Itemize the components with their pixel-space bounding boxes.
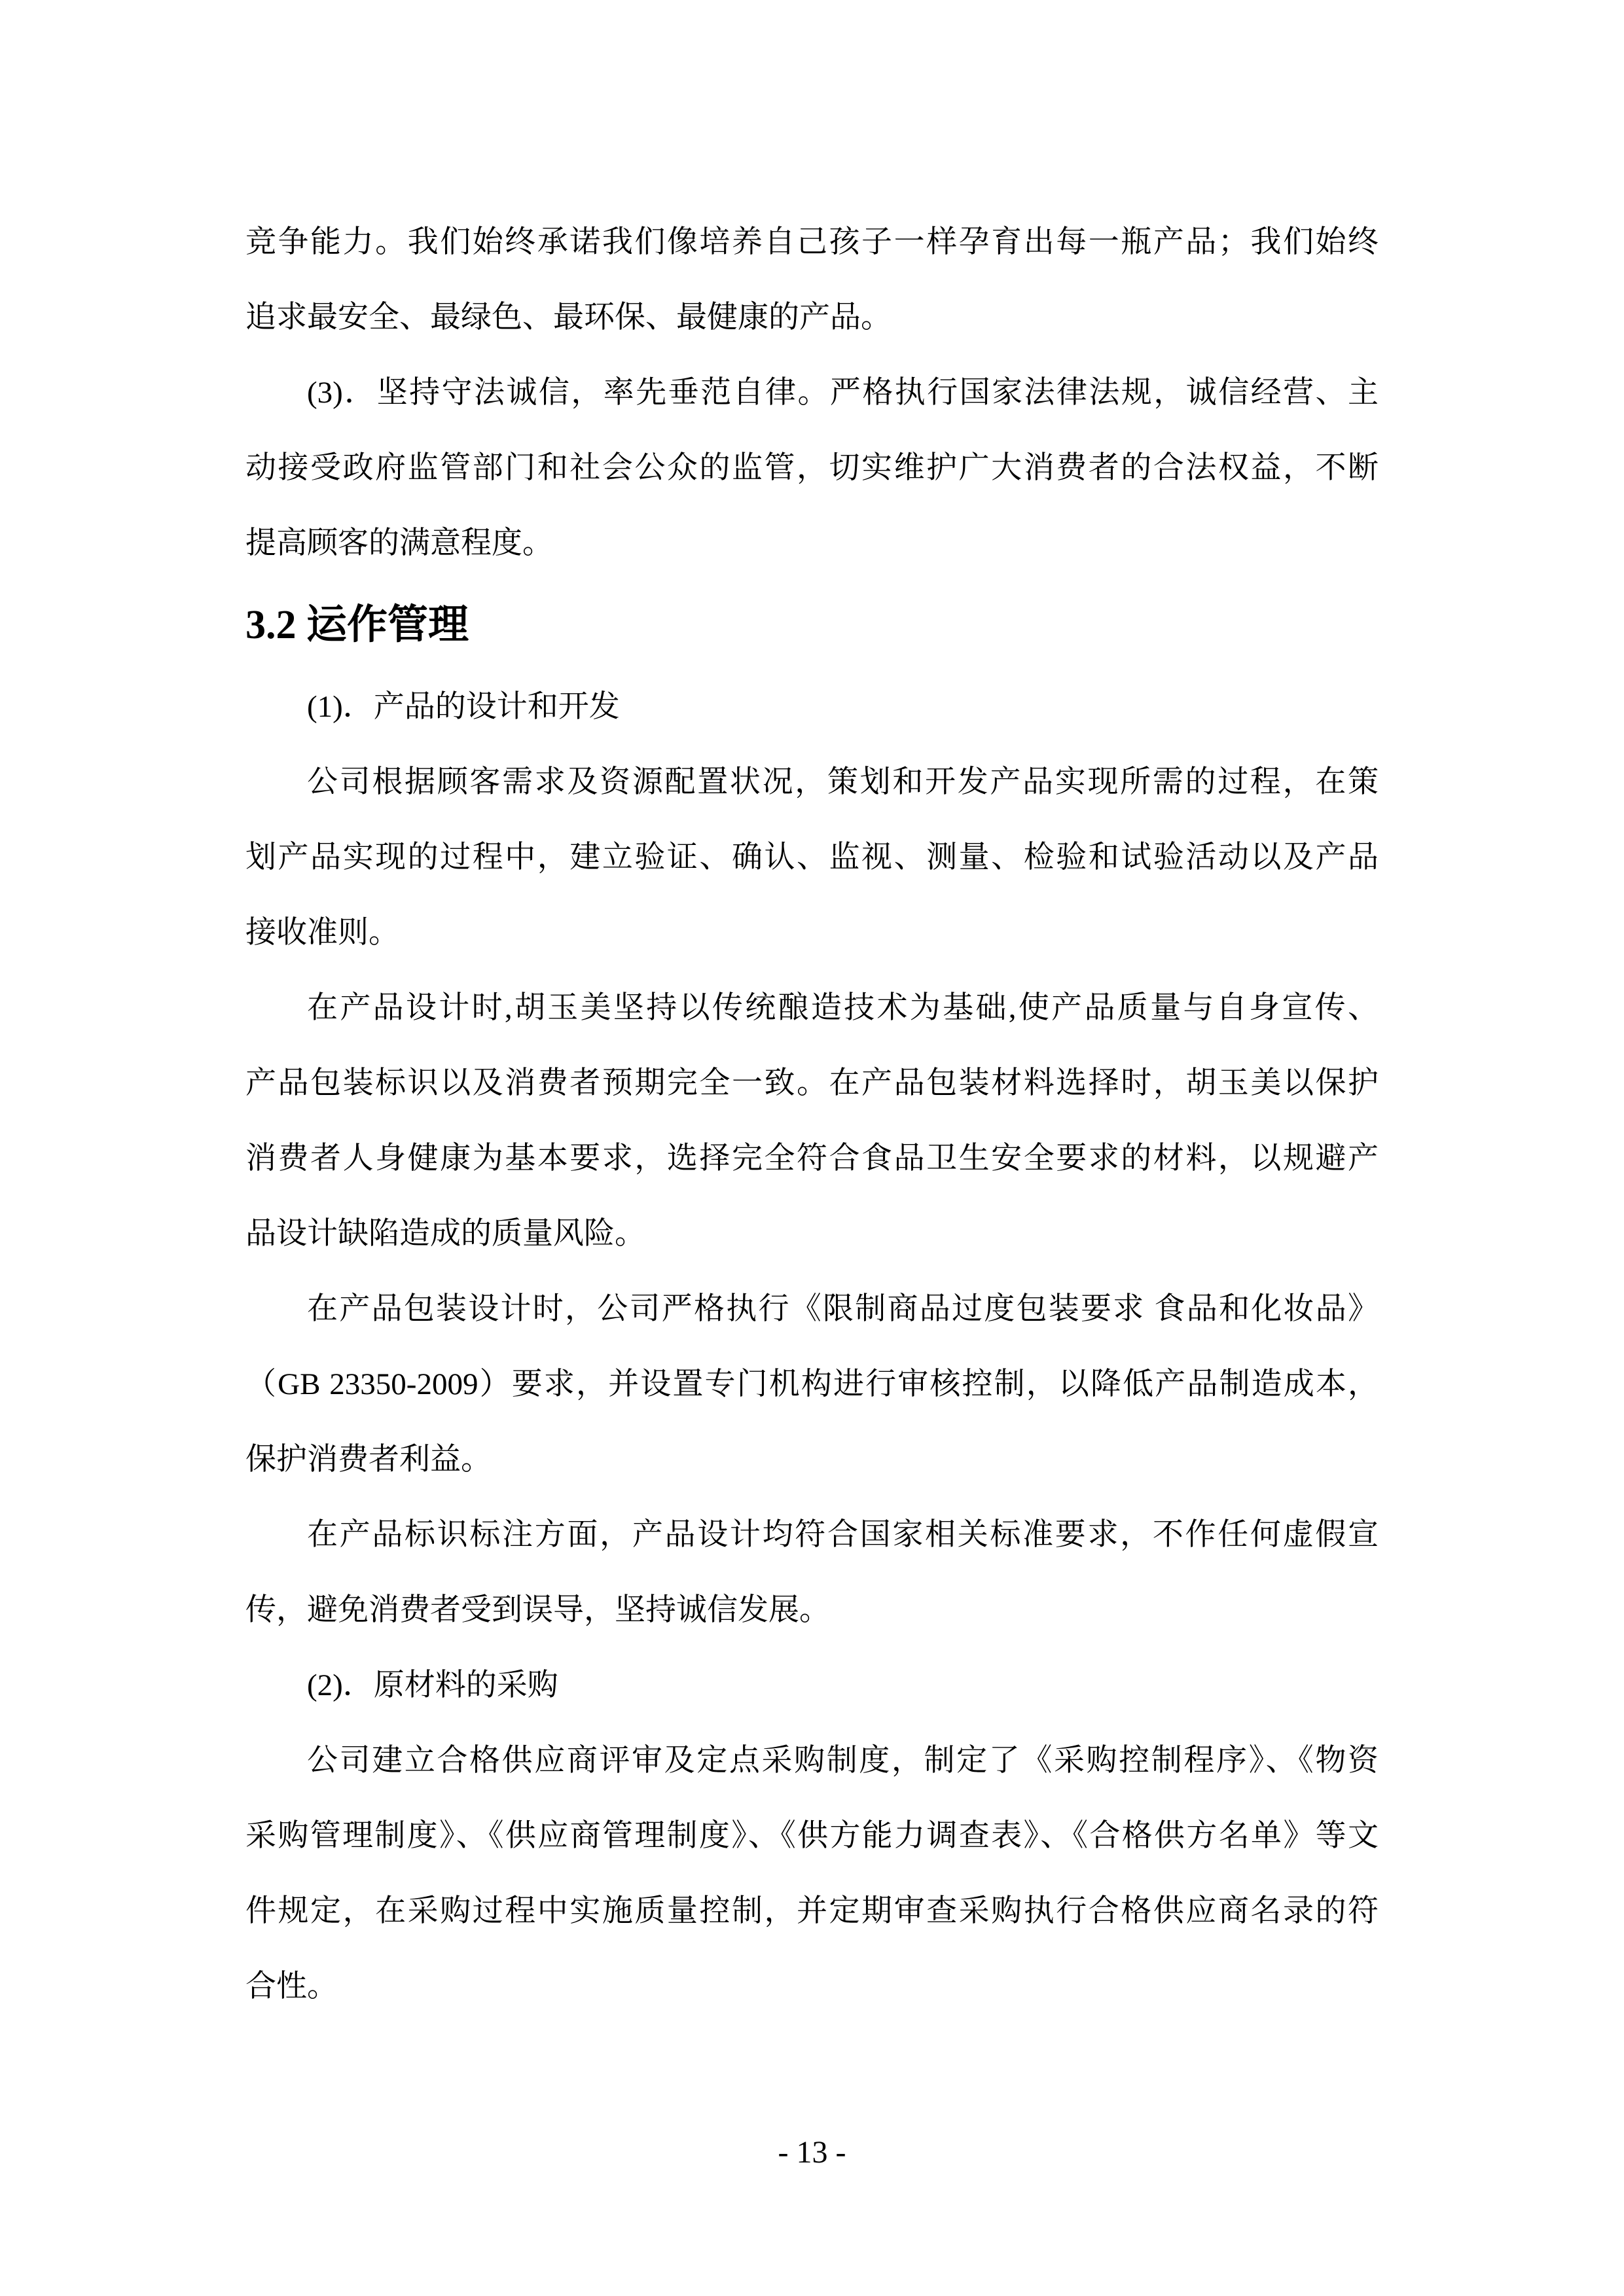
body-line: 接收准则。 bbox=[245, 895, 1379, 971]
body-line: 保护消费者利益。 bbox=[245, 1422, 1379, 1498]
section-heading: 3.2 运作管理 bbox=[245, 581, 1379, 670]
body-line: 动接受政府监管部门和社会公众的监管，切实维护广大消费者的合法权益，不断 bbox=[245, 431, 1379, 506]
body-line: 在产品包装设计时，公司严格执行《限制商品过度包装要求 食品和化妆品》 bbox=[245, 1272, 1379, 1347]
body-line: 提高顾客的满意程度。 bbox=[245, 506, 1379, 581]
body-line: 件规定，在采购过程中实施质量控制，并定期审查采购执行合格供应商名录的符 bbox=[245, 1874, 1379, 1949]
body-line: (1)．产品的设计和开发 bbox=[245, 670, 1379, 745]
body-line: 在产品标识标注方面，产品设计均符合国家相关标准要求，不作任何虚假宣 bbox=[245, 1498, 1379, 1573]
document-page: 竞争能力。我们始终承诺我们像培养自己孩子一样孕育出每一瓶产品；我们始终 追求最安… bbox=[0, 0, 1624, 2296]
body-line: 公司根据顾客需求及资源配置状况，策划和开发产品实现所需的过程，在策 bbox=[245, 745, 1379, 820]
body-line: 竞争能力。我们始终承诺我们像培养自己孩子一样孕育出每一瓶产品；我们始终 bbox=[245, 205, 1379, 280]
body-line: 划产品实现的过程中，建立验证、确认、监视、测量、检验和试验活动以及产品 bbox=[245, 820, 1379, 895]
body-line: 在产品设计时,胡玉美坚持以传统酿造技术为基础,使产品质量与自身宣传、 bbox=[245, 971, 1379, 1046]
body-line: 消费者人身健康为基本要求，选择完全符合食品卫生安全要求的材料，以规避产 bbox=[245, 1121, 1379, 1196]
body-line: 追求最安全、最绿色、最环保、最健康的产品。 bbox=[245, 280, 1379, 355]
body-line: （GB 23350-2009）要求，并设置专门机构进行审核控制，以降低产品制造成… bbox=[245, 1347, 1379, 1422]
body-line: 产品包装标识以及消费者预期完全一致。在产品包装材料选择时，胡玉美以保护 bbox=[245, 1046, 1379, 1121]
body-line: 合性。 bbox=[245, 1949, 1379, 2024]
body-line: 品设计缺陷造成的质量风险。 bbox=[245, 1196, 1379, 1272]
body-line: 采购管理制度》、《供应商管理制度》、《供方能力调查表》、《合格供方名单》等文 bbox=[245, 1799, 1379, 1874]
page-body: 竞争能力。我们始终承诺我们像培养自己孩子一样孕育出每一瓶产品；我们始终 追求最安… bbox=[245, 205, 1379, 2024]
body-line: 传，避免消费者受到误导，坚持诚信发展。 bbox=[245, 1573, 1379, 1648]
page-number: - 13 - bbox=[778, 2135, 846, 2170]
body-line: (2)．原材料的采购 bbox=[245, 1648, 1379, 1723]
body-line: (3)．坚持守法诚信，率先垂范自律。严格执行国家法律法规，诚信经营、主 bbox=[245, 355, 1379, 431]
page-footer: - 13 - bbox=[0, 2115, 1624, 2190]
body-line: 公司建立合格供应商评审及定点采购制度，制定了《采购控制程序》、《物资 bbox=[245, 1723, 1379, 1799]
